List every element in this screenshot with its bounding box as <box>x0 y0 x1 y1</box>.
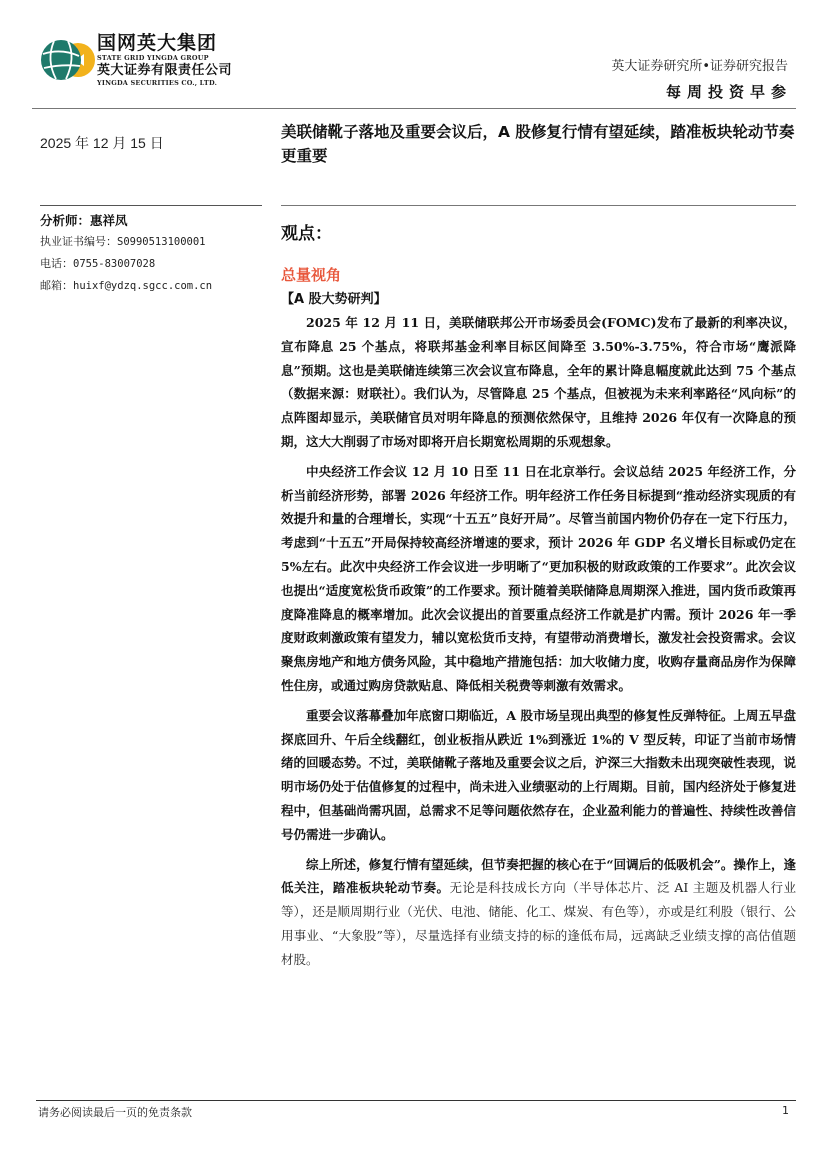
section-title: 总量视角 <box>281 264 796 286</box>
analyst-cert: 执业证书编号：S0990513100001 <box>40 231 265 253</box>
logo-company-en: YINGDA SECURITIES CO., LTD. <box>97 79 232 88</box>
sidebar-divider <box>40 205 262 206</box>
subsection-title: 【A 股大势研判】 <box>281 290 796 310</box>
org-line: 英大证券研究所•证券研究报告 <box>611 58 788 76</box>
phone-value: 0755-83007028 <box>73 258 155 270</box>
logo-group-en: STATE GRID YINGDA GROUP <box>97 54 232 63</box>
header-divider <box>32 108 796 109</box>
page-number: 1 <box>782 1104 789 1117</box>
viewpoint-heading: 观点： <box>281 222 796 246</box>
company-logo: 国网英大集团 STATE GRID YINGDA GROUP 英大证券有限责任公… <box>40 32 260 92</box>
email-link[interactable]: huixf@ydzq.sgcc.com.cn <box>73 280 212 292</box>
cert-value: S0990513100001 <box>117 236 206 248</box>
cert-label: 执业证书编号： <box>40 235 117 248</box>
paragraph-market-rebound: 重要会议落幕叠加年底窗口期临近，A 股市场呈现出典型的修复性反弹特征。上周五早盘… <box>281 704 796 847</box>
paragraph-fomc: 2025 年 12 月 11 日，美联储联邦公开市场委员会(FOMC)发布了最新… <box>281 311 796 454</box>
report-title: 美联储靴子落地及重要会议后，A 股修复行情有望延续，踏准板块轮动节奏更重要 <box>281 120 801 168</box>
paragraph-conclusion: 综上所述，修复行情有望延续，但节奏把握的核心在于“回调后的低吸机会”。操作上，逢… <box>281 853 796 972</box>
globe-coin-logo-icon <box>40 34 96 86</box>
phone-label: 电话： <box>40 257 73 270</box>
content-divider <box>281 205 796 206</box>
analyst-name: 分析师：惠祥凤 <box>40 211 265 231</box>
analyst-phone: 电话：0755-83007028 <box>40 253 265 275</box>
paragraph-economic-conference: 中央经济工作会议 12 月 10 日至 11 日在北京举行。会议总结 2025 … <box>281 460 796 698</box>
main-content: 观点： 总量视角 【A 股大势研判】 2025 年 12 月 11 日，美联储联… <box>281 222 796 972</box>
footer-divider <box>36 1100 796 1101</box>
logo-group-cn: 国网英大集团 <box>97 32 232 54</box>
logo-company-cn: 英大证券有限责任公司 <box>97 63 232 79</box>
report-date: 2025 年 12 月 15 日 <box>40 133 164 153</box>
email-label: 邮箱： <box>40 279 73 292</box>
header-right: 英大证券研究所•证券研究报告 每周投资早参 <box>611 58 788 104</box>
report-series: 每周投资早参 <box>611 80 792 104</box>
analyst-email: 邮箱：huixf@ydzq.sgcc.com.cn <box>40 275 265 297</box>
disclaimer-note: 请务必阅读最后一页的免责条款 <box>38 1104 192 1120</box>
analyst-info: 分析师：惠祥凤 执业证书编号：S0990513100001 电话：0755-83… <box>40 211 265 297</box>
